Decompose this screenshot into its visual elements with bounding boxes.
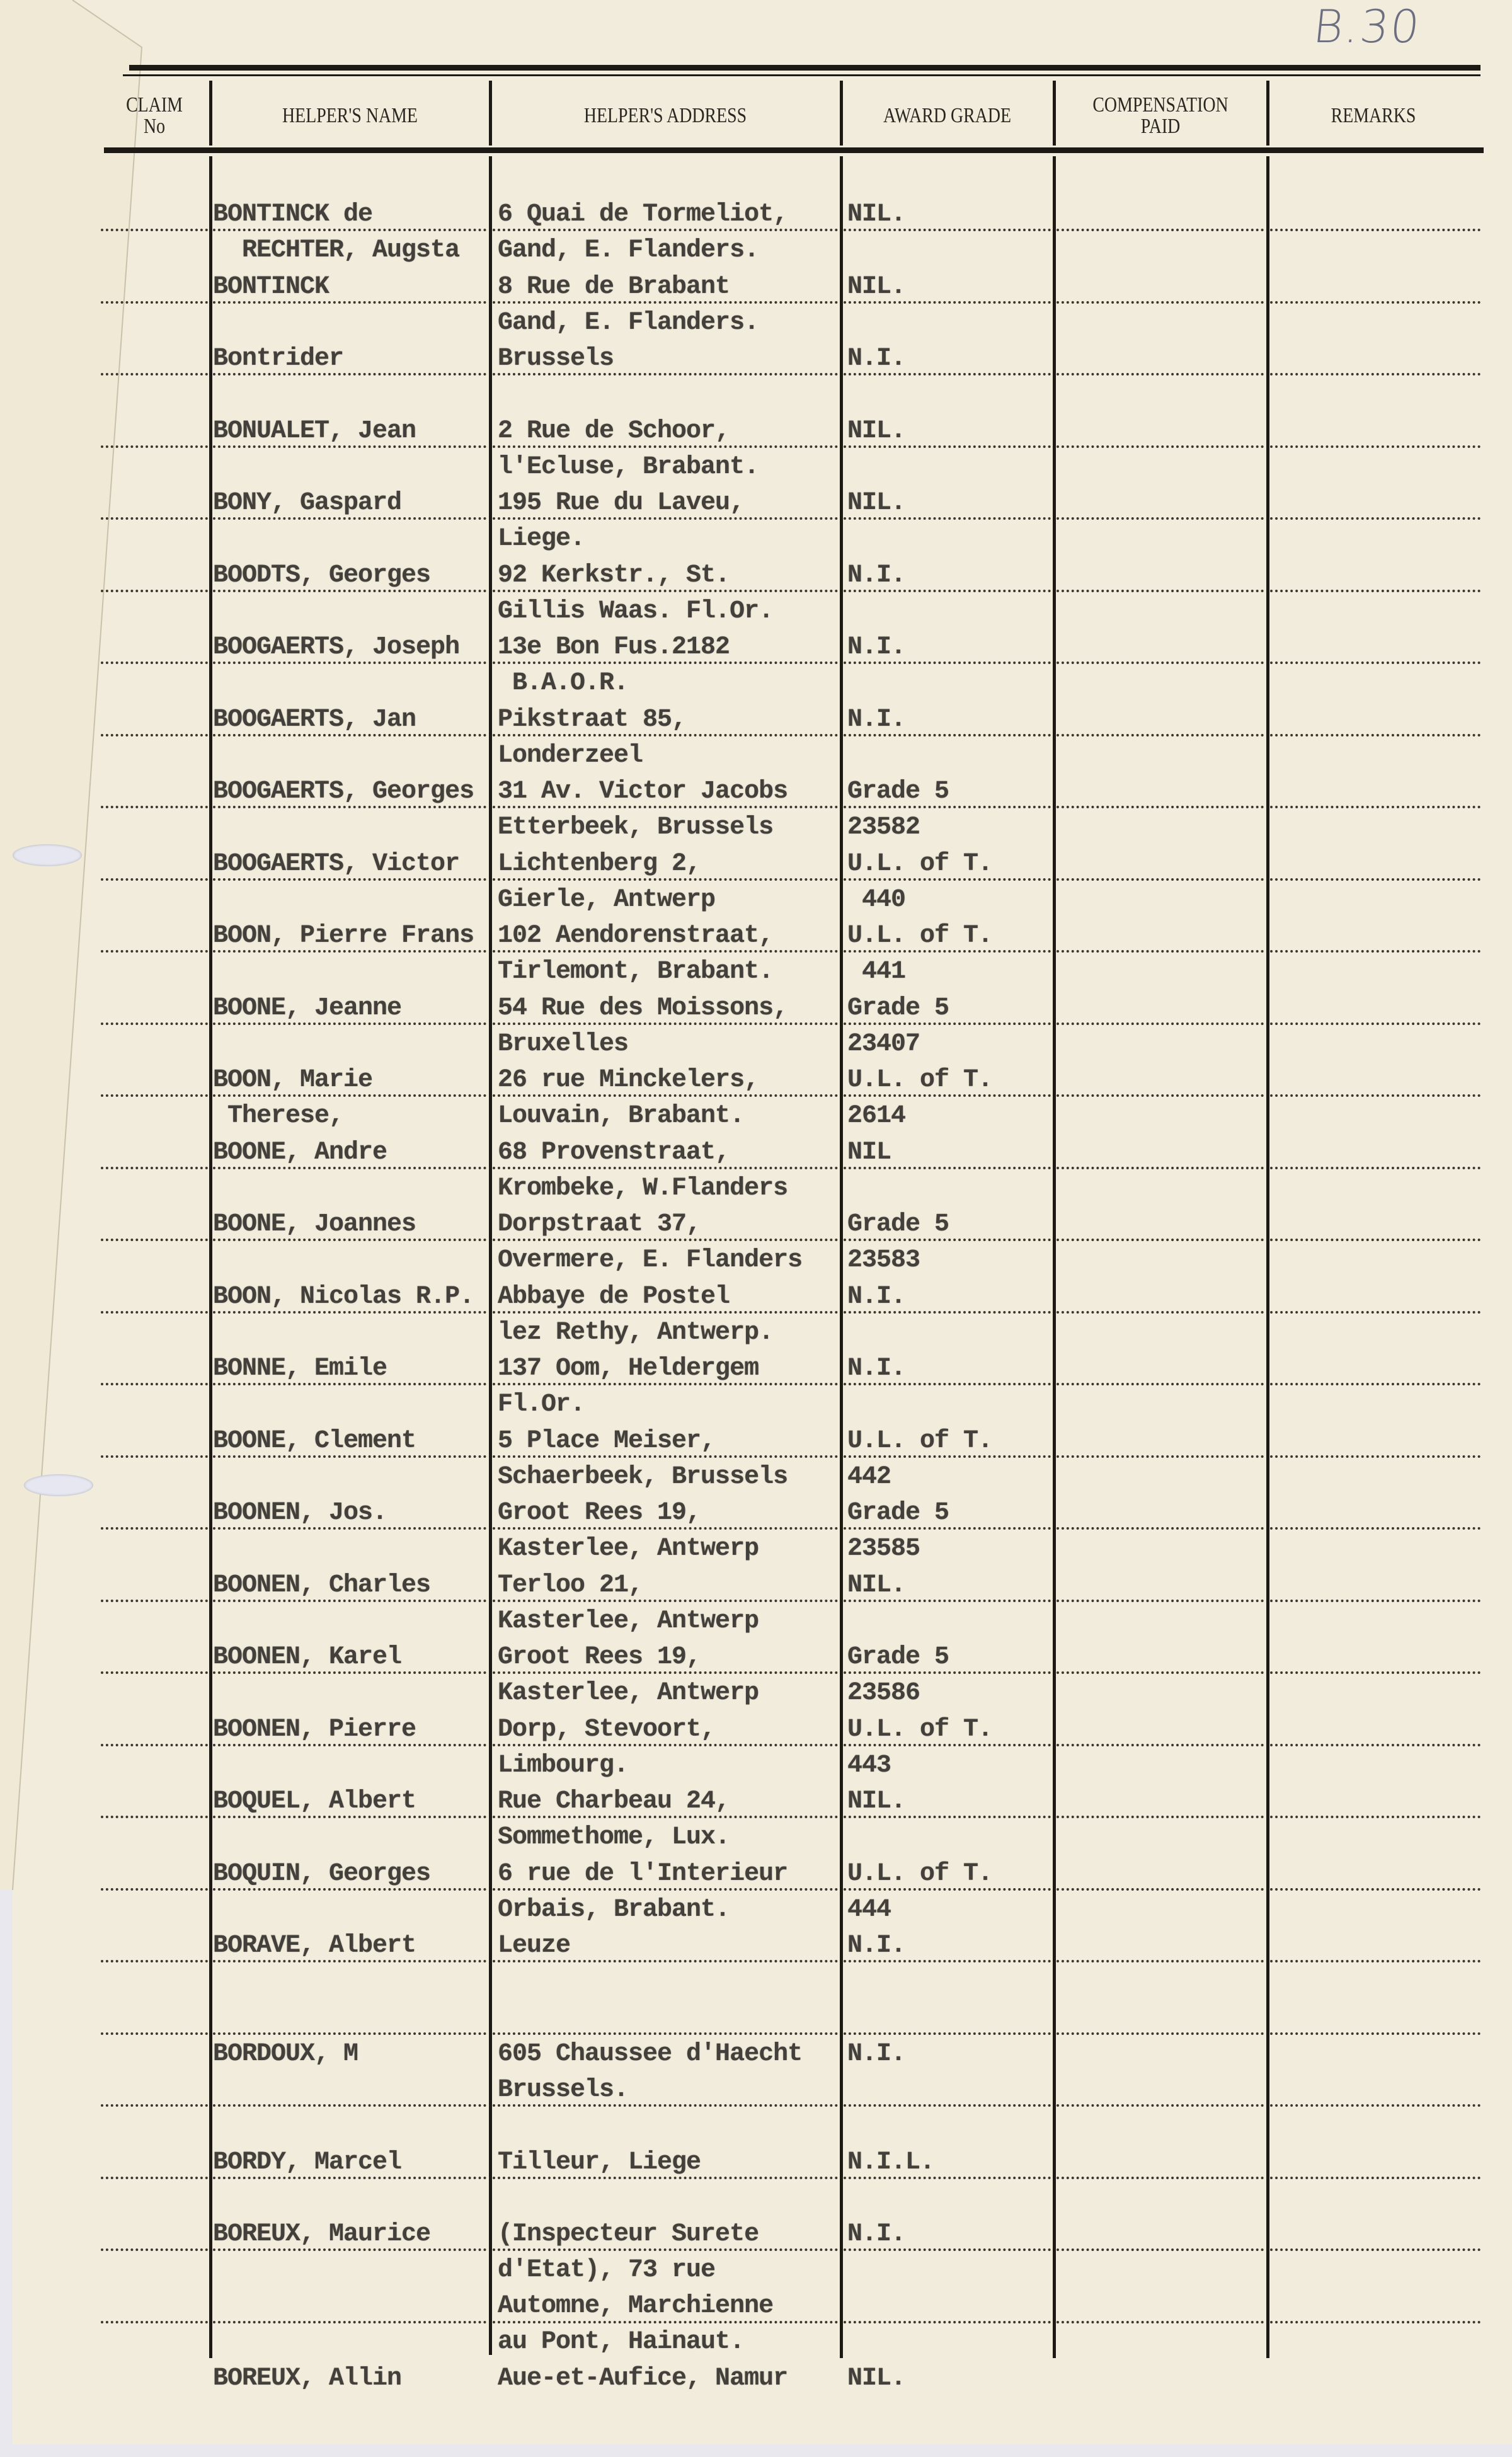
ruled-dotted-line bbox=[844, 2321, 1051, 2323]
table-cell-award: NIL. bbox=[847, 485, 905, 521]
table-cell-address: 13e Bon Fus.2182 bbox=[498, 629, 730, 665]
top-thick-rule bbox=[129, 65, 1480, 71]
table-cell-award: Grade 5 bbox=[847, 1639, 949, 1675]
table-cell-address: B.A.O.R. bbox=[498, 665, 628, 701]
header-divider bbox=[1266, 81, 1269, 146]
ruled-dotted-line bbox=[1057, 1167, 1264, 1169]
table-cell-address: Fl.Or. bbox=[498, 1387, 585, 1423]
ruled-dotted-line bbox=[1057, 806, 1264, 808]
table-cell-award: N.I. bbox=[847, 1351, 905, 1387]
header-helpers-address: HELPER'S ADDRESS bbox=[524, 82, 808, 150]
table-cell-address: Gand, E. Flanders. bbox=[498, 232, 759, 268]
table-cell-name: BOONEN, Jos. bbox=[213, 1495, 387, 1531]
ruled-dotted-line bbox=[1270, 373, 1480, 375]
ruled-dotted-line bbox=[493, 2032, 838, 2035]
table-cell-address: 6 Quai de Tormeliot, bbox=[498, 197, 787, 232]
ruled-dotted-line bbox=[213, 2032, 486, 2035]
table-cell-award: U.L. of T. bbox=[847, 1062, 992, 1098]
ruled-dotted-line bbox=[1057, 1671, 1264, 1674]
table-cell-address: Brussels. bbox=[498, 2072, 628, 2108]
table-cell-name: BONY, Gaspard bbox=[213, 485, 401, 521]
column-divider bbox=[840, 156, 843, 2358]
table-cell-address: Orbais, Brabant. bbox=[498, 1892, 730, 1928]
table-cell-name: BOON, Nicolas R.P. bbox=[213, 1279, 474, 1315]
ruled-dotted-line bbox=[101, 1960, 208, 1962]
ruled-dotted-line bbox=[1057, 2104, 1264, 2107]
ruled-dotted-line bbox=[213, 2104, 486, 2107]
table-cell-address: Pikstraat 85, bbox=[498, 702, 686, 738]
ruled-dotted-line bbox=[101, 806, 208, 808]
ruled-dotted-line bbox=[1270, 1671, 1480, 1674]
ruled-dotted-line bbox=[1270, 950, 1480, 953]
ruled-dotted-line bbox=[1270, 1600, 1480, 1602]
table-cell-name: BOQUEL, Albert bbox=[213, 1784, 416, 1819]
ruled-dotted-line bbox=[101, 1600, 208, 1602]
ruled-dotted-line bbox=[1057, 1527, 1264, 1530]
table-cell-award: 443 bbox=[847, 1748, 891, 1784]
ruled-dotted-line bbox=[101, 661, 208, 664]
table-cell-address: lez Rethy, Antwerp. bbox=[498, 1315, 773, 1351]
table-cell-name: BOREUX, Maurice bbox=[213, 2216, 430, 2252]
ruled-dotted-line bbox=[1270, 1888, 1480, 1891]
ruled-dotted-line bbox=[101, 2104, 208, 2107]
ruled-dotted-line bbox=[1057, 1022, 1264, 1025]
ruled-dotted-line bbox=[1270, 1311, 1480, 1314]
header-compensation-paid: COMPENSATION PAID bbox=[1075, 82, 1246, 150]
table-cell-award: Grade 5 bbox=[847, 1495, 949, 1531]
table-cell-name: BOONE, Andre bbox=[213, 1135, 387, 1171]
table-cell-name: BOONE, Clement bbox=[213, 1423, 416, 1459]
table-cell-name: BOOGAERTS, Jan bbox=[213, 702, 416, 738]
ruled-dotted-line bbox=[101, 373, 208, 375]
ruled-dotted-line bbox=[1057, 445, 1264, 448]
table-cell-address: Groot Rees 19, bbox=[498, 1495, 701, 1531]
ruled-dotted-line bbox=[1057, 1094, 1264, 1097]
table-cell-address: Kasterlee, Antwerp bbox=[498, 1603, 759, 1639]
table-cell-address: d'Etat), 73 rue bbox=[498, 2252, 715, 2288]
ruled-dotted-line bbox=[1057, 1888, 1264, 1891]
ruled-dotted-line bbox=[101, 1167, 208, 1169]
table-cell-name: BOONE, Joannes bbox=[213, 1206, 416, 1242]
table-cell-award: N.I. bbox=[847, 1928, 905, 1964]
header-divider bbox=[840, 81, 843, 146]
ruled-dotted-line bbox=[1270, 1094, 1480, 1097]
table-cell-address: 195 Rue du Laveu, bbox=[498, 485, 744, 521]
table-cell-name: BOREUX, Allin bbox=[213, 2361, 401, 2397]
ruled-dotted-line bbox=[101, 1094, 208, 1097]
table-cell-name: BOOGAERTS, Georges bbox=[213, 774, 474, 810]
table-cell-name: BORDY, Marcel bbox=[213, 2145, 401, 2180]
ruled-dotted-line bbox=[1057, 1816, 1264, 1818]
table-cell-address: 8 Rue de Brabant bbox=[498, 269, 730, 305]
table-cell-address: Dorpstraat 37, bbox=[498, 1206, 701, 1242]
table-cell-award: NIL. bbox=[847, 197, 905, 232]
ruled-dotted-line bbox=[1270, 661, 1480, 664]
table-cell-address: Liege. bbox=[498, 521, 585, 557]
header-divider bbox=[1053, 81, 1056, 146]
table-cell-address: 31 Av. Victor Jacobs bbox=[498, 774, 787, 810]
ruled-dotted-line bbox=[1057, 2248, 1264, 2251]
ruled-dotted-line bbox=[101, 2321, 208, 2323]
table-cell-award: NIL. bbox=[847, 269, 905, 305]
table-cell-address: (Inspecteur Surete bbox=[498, 2216, 759, 2252]
table-cell-address: 605 Chaussee d'Haecht bbox=[498, 2036, 802, 2072]
table-cell-address: Tilleur, Liege bbox=[498, 2145, 701, 2180]
ruled-dotted-line bbox=[1057, 1311, 1264, 1314]
column-divider bbox=[489, 156, 492, 2355]
ruled-dotted-line bbox=[1270, 1960, 1480, 1962]
table-cell-address: 92 Kerkstr., St. bbox=[498, 558, 730, 593]
ruled-dotted-line bbox=[1270, 2248, 1480, 2251]
ruled-dotted-line bbox=[1270, 806, 1480, 808]
ruled-dotted-line bbox=[1270, 1239, 1480, 1241]
table-cell-award: NIL bbox=[847, 1135, 891, 1171]
ruled-dotted-line bbox=[101, 517, 208, 520]
ruled-dotted-line bbox=[1270, 1455, 1480, 1458]
table-cell-award: N.I.L. bbox=[847, 2145, 934, 2180]
table-cell-award: 23586 bbox=[847, 1675, 920, 1711]
ruled-dotted-line bbox=[1270, 1022, 1480, 1025]
ruled-dotted-line bbox=[1057, 2177, 1264, 2179]
table-cell-address: 2 Rue de Schoor, bbox=[498, 413, 730, 449]
header-remarks: REMARKS bbox=[1288, 82, 1459, 150]
ruled-dotted-line bbox=[1057, 229, 1264, 231]
table-cell-name: BOON, Pierre Frans bbox=[213, 918, 474, 954]
table-cell-name: BONTINCK de bbox=[213, 197, 372, 232]
ruled-dotted-line bbox=[101, 229, 208, 231]
table-cell-address: Overmere, E. Flanders bbox=[498, 1242, 802, 1278]
folded-corner bbox=[0, 0, 151, 1890]
table-cell-award: 442 bbox=[847, 1459, 891, 1495]
table-cell-award: Grade 5 bbox=[847, 1206, 949, 1242]
table-cell-name: BONUALET, Jean bbox=[213, 413, 416, 449]
table-cell-name: BORDOUX, M bbox=[213, 2036, 358, 2072]
ruled-dotted-line bbox=[1057, 878, 1264, 881]
ruled-dotted-line bbox=[1270, 2032, 1480, 2035]
table-cell-address: 26 rue Minckelers, bbox=[498, 1062, 759, 1098]
table-cell-address: Terloo 21, bbox=[498, 1567, 643, 1603]
ruled-dotted-line bbox=[213, 2321, 486, 2323]
table-cell-award: Grade 5 bbox=[847, 990, 949, 1026]
ruled-dotted-line bbox=[1057, 1600, 1264, 1602]
table-cell-address: 5 Place Meiser, bbox=[498, 1423, 715, 1459]
table-cell-address: Bruxelles bbox=[498, 1026, 628, 1062]
table-cell-name: BOONEN, Pierre bbox=[213, 1712, 416, 1748]
ruled-dotted-line bbox=[101, 1527, 208, 1530]
ruled-dotted-line bbox=[1057, 661, 1264, 664]
table-cell-name: Therese, bbox=[213, 1098, 343, 1134]
table-cell-address: Sommethome, Lux. bbox=[498, 1819, 730, 1855]
table-cell-name: BONTINCK bbox=[213, 269, 329, 305]
table-cell-address: Kasterlee, Antwerp bbox=[498, 1531, 759, 1567]
table-cell-award: N.I. bbox=[847, 629, 905, 665]
ruled-dotted-line bbox=[1057, 1960, 1264, 1962]
ruled-dotted-line bbox=[1270, 301, 1480, 304]
ruled-dotted-line bbox=[1270, 517, 1480, 520]
table-cell-address: Etterbeek, Brussels bbox=[498, 810, 773, 845]
table-cell-award: N.I. bbox=[847, 2216, 905, 2252]
ruled-dotted-line bbox=[101, 734, 208, 736]
handwritten-annotation: B.30 bbox=[1311, 0, 1423, 53]
ruled-dotted-line bbox=[101, 950, 208, 953]
ruled-dotted-line bbox=[1270, 229, 1480, 231]
table-cell-award: N.I. bbox=[847, 341, 905, 377]
table-cell-address: Tirlemont, Brabant. bbox=[498, 954, 773, 990]
table-cell-award: U.L. of T. bbox=[847, 918, 992, 954]
ruled-dotted-line bbox=[101, 301, 208, 304]
column-divider bbox=[209, 156, 212, 2358]
table-cell-address: Limbourg. bbox=[498, 1748, 628, 1784]
header-award-grade: AWARD GRADE bbox=[862, 82, 1033, 150]
header-divider bbox=[489, 81, 492, 146]
table-cell-address: au Pont, Hainaut. bbox=[498, 2324, 744, 2360]
table-cell-name: Bontrider bbox=[213, 341, 343, 377]
table-cell-address: Rue Charbeau 24, bbox=[498, 1784, 730, 1819]
table-cell-address: Krombeke, W.Flanders bbox=[498, 1171, 787, 1206]
table-cell-award: 2614 bbox=[847, 1098, 905, 1134]
table-cell-address: Schaerbeek, Brussels bbox=[498, 1459, 787, 1495]
table-cell-address: Gierle, Antwerp bbox=[498, 882, 715, 918]
column-divider bbox=[1053, 156, 1056, 2358]
table-cell-name: BOODTS, Georges bbox=[213, 558, 430, 593]
ruled-dotted-line bbox=[101, 590, 208, 592]
ruled-dotted-line bbox=[1057, 1383, 1264, 1385]
ruled-dotted-line bbox=[1270, 1744, 1480, 1746]
ruled-dotted-line bbox=[101, 1311, 208, 1314]
table-cell-award: NIL. bbox=[847, 413, 905, 449]
column-divider bbox=[1266, 156, 1269, 2358]
ruled-dotted-line bbox=[101, 2177, 208, 2179]
table-cell-name: RECHTER, Augsta bbox=[213, 232, 459, 268]
table-cell-address: Brussels bbox=[498, 341, 614, 377]
punch-hole-bottom bbox=[24, 1474, 93, 1496]
ruled-dotted-line bbox=[1057, 1239, 1264, 1241]
top-thin-rule bbox=[123, 74, 1480, 76]
ruled-dotted-line bbox=[101, 1455, 208, 1458]
table-cell-address: Abbaye de Postel bbox=[498, 1279, 730, 1315]
table-cell-address: 68 Provenstraat, bbox=[498, 1135, 730, 1171]
table-cell-name: BOOGAERTS, Victor bbox=[213, 846, 459, 882]
ruled-dotted-line bbox=[1270, 2321, 1480, 2323]
table-cell-name: BOONE, Jeanne bbox=[213, 990, 401, 1026]
ruled-dotted-line bbox=[101, 1671, 208, 1674]
table-cell-address: l'Ecluse, Brabant. bbox=[498, 449, 759, 485]
table-cell-address: Automne, Marchienne bbox=[498, 2288, 773, 2324]
table-cell-address: Kasterlee, Antwerp bbox=[498, 1675, 759, 1711]
table-cell-address: 137 Oom, Heldergem bbox=[498, 1351, 759, 1387]
table-cell-address: Lichtenberg 2, bbox=[498, 846, 701, 882]
table-cell-award: N.I. bbox=[847, 2036, 905, 2072]
ruled-dotted-line bbox=[1270, 878, 1480, 881]
ruled-dotted-line bbox=[101, 1022, 208, 1025]
ruled-dotted-line bbox=[1270, 1167, 1480, 1169]
ruled-dotted-line bbox=[1057, 517, 1264, 520]
table-cell-address: 102 Aendorenstraat, bbox=[498, 918, 773, 954]
header-helpers-name: HELPER'S NAME bbox=[237, 82, 462, 150]
ruled-dotted-line bbox=[101, 445, 208, 448]
table-cell-award: N.I. bbox=[847, 702, 905, 738]
ruled-dotted-line bbox=[101, 2248, 208, 2251]
table-cell-award: Grade 5 bbox=[847, 774, 949, 810]
table-cell-name: BOONEN, Charles bbox=[213, 1567, 430, 1603]
ruled-dotted-line bbox=[844, 2104, 1051, 2107]
table-cell-award: 23582 bbox=[847, 810, 920, 845]
table-cell-award: 23585 bbox=[847, 1531, 920, 1567]
ruled-dotted-line bbox=[1270, 734, 1480, 736]
table-cell-award: U.L. of T. bbox=[847, 1712, 992, 1748]
table-cell-address: Leuze bbox=[498, 1928, 570, 1964]
ruled-dotted-line bbox=[1057, 950, 1264, 953]
table-cell-name: BOON, Marie bbox=[213, 1062, 372, 1098]
ruled-dotted-line bbox=[1057, 301, 1264, 304]
table-cell-name: BOONEN, Karel bbox=[213, 1639, 401, 1675]
table-cell-award: NIL. bbox=[847, 1784, 905, 1819]
table-cell-address: Dorp, Stevoort, bbox=[498, 1712, 715, 1748]
table-cell-award: 440 bbox=[847, 882, 905, 918]
ruled-dotted-line bbox=[1057, 373, 1264, 375]
table-cell-award: N.I. bbox=[847, 1279, 905, 1315]
ruled-dotted-line bbox=[1270, 1383, 1480, 1385]
table-cell-address: Louvain, Brabant. bbox=[498, 1098, 744, 1134]
ruled-dotted-line bbox=[101, 1744, 208, 1746]
table-cell-name: BOOGAERTS, Joseph bbox=[213, 629, 459, 665]
table-cell-address: Aue-et-Aufice, Namur bbox=[498, 2361, 787, 2397]
table-cell-award: NIL. bbox=[847, 2361, 905, 2397]
ruled-dotted-line bbox=[1270, 1527, 1480, 1530]
ruled-dotted-line bbox=[1057, 2321, 1264, 2323]
table-cell-address: 54 Rue des Moissons, bbox=[498, 990, 787, 1026]
table-cell-award: U.L. of T. bbox=[847, 1856, 992, 1892]
ruled-dotted-line bbox=[1057, 590, 1264, 592]
ruled-dotted-line bbox=[101, 1888, 208, 1891]
ruled-dotted-line bbox=[101, 2032, 208, 2035]
table-cell-award: 444 bbox=[847, 1892, 891, 1928]
table-cell-address: Groot Rees 19, bbox=[498, 1639, 701, 1675]
table-cell-award: 23583 bbox=[847, 1242, 920, 1278]
header-divider bbox=[209, 81, 212, 146]
table-cell-award: NIL. bbox=[847, 1567, 905, 1603]
ruled-dotted-line bbox=[1270, 2104, 1480, 2107]
table-cell-award: 23407 bbox=[847, 1026, 920, 1062]
table-cell-award: U.L. of T. bbox=[847, 846, 992, 882]
ruled-dotted-line bbox=[1270, 2177, 1480, 2179]
table-cell-name: BOQUIN, Georges bbox=[213, 1856, 430, 1892]
table-cell-address: Londerzeel bbox=[498, 738, 643, 774]
header-claim-no: CLAIM No bbox=[110, 82, 198, 150]
table-cell-address: 6 rue de l'Interieur bbox=[498, 1856, 787, 1892]
ruled-dotted-line bbox=[1057, 2032, 1264, 2035]
table-cell-award: N.I. bbox=[847, 558, 905, 593]
table-cell-address: Gillis Waas. Fl.Or. bbox=[498, 593, 773, 629]
ruled-dotted-line bbox=[101, 878, 208, 881]
ruled-dotted-line bbox=[101, 1239, 208, 1241]
ruled-dotted-line bbox=[101, 1816, 208, 1818]
ruled-dotted-line bbox=[101, 1383, 208, 1385]
table-cell-name: BORAVE, Albert bbox=[213, 1928, 416, 1964]
ruled-dotted-line bbox=[1057, 734, 1264, 736]
ruled-dotted-line bbox=[1270, 590, 1480, 592]
table-cell-award: U.L. of T. bbox=[847, 1423, 992, 1459]
ruled-dotted-line bbox=[1057, 1744, 1264, 1746]
ruled-dotted-line bbox=[1270, 445, 1480, 448]
table-cell-name: BONNE, Emile bbox=[213, 1351, 387, 1387]
ruled-dotted-line bbox=[1057, 1455, 1264, 1458]
ruled-dotted-line bbox=[844, 2032, 1051, 2035]
ruled-dotted-line bbox=[1270, 1816, 1480, 1818]
table-cell-address: Gand, E. Flanders. bbox=[498, 305, 759, 341]
table-cell-award: 441 bbox=[847, 954, 905, 990]
punch-hole-top bbox=[13, 844, 82, 866]
